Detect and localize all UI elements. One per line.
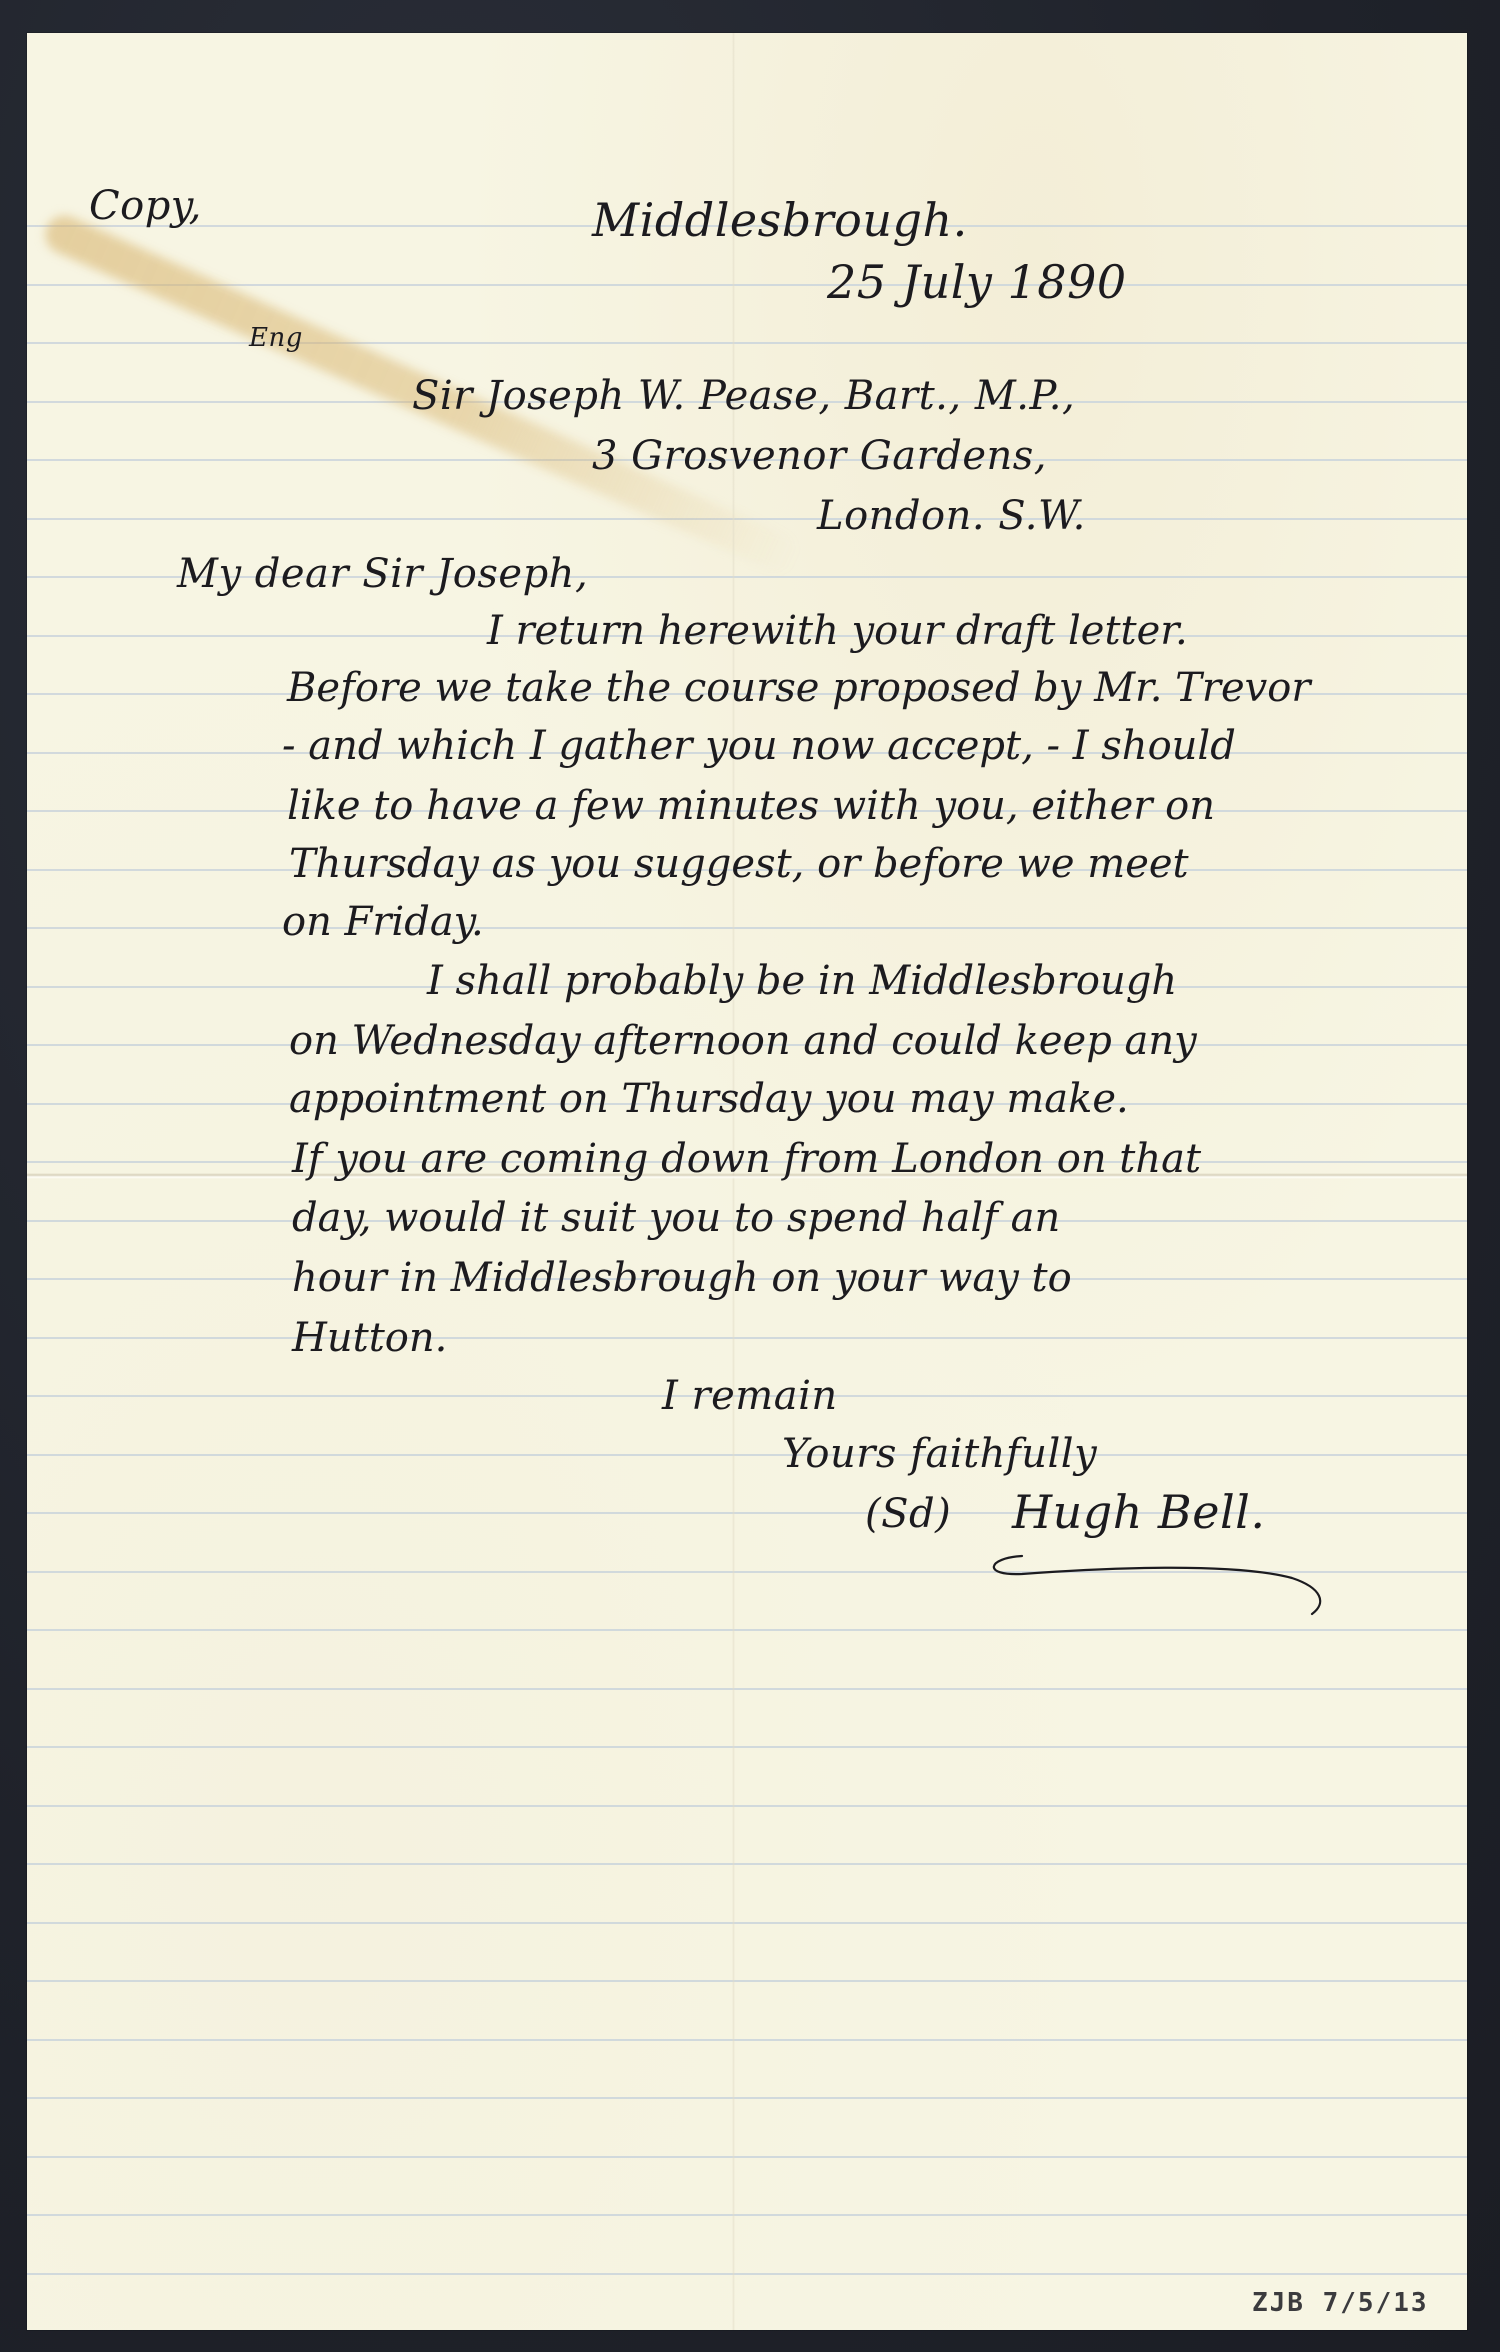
signature-prefix: (Sd) bbox=[865, 1491, 951, 1537]
body-text: like to have a few minutes with you, eit… bbox=[287, 783, 1215, 829]
body-text: I return herewith your draft letter. bbox=[487, 608, 1188, 654]
ruled-line bbox=[27, 2273, 1467, 2275]
copy-annotation: Copy, bbox=[89, 183, 202, 229]
ruled-line bbox=[27, 342, 1467, 344]
letter-page: Copy, Middlesbrough. 25 July 1890 Eng Si… bbox=[27, 33, 1467, 2330]
enclosure-annotation: Eng bbox=[249, 323, 303, 353]
ruled-line bbox=[27, 2214, 1467, 2216]
body-line: on Wednesday afternoon and could keep an… bbox=[289, 1018, 1449, 1064]
ruled-line bbox=[27, 1688, 1467, 1690]
ruled-line bbox=[27, 1980, 1467, 1982]
body-text: appointment on Thursday you may make. bbox=[289, 1076, 1129, 1122]
body-text: Thursday as you suggest, or before we me… bbox=[289, 841, 1189, 887]
recipient-name: Sir Joseph W. Pease, Bart., M.P., bbox=[412, 373, 1075, 419]
ruled-line bbox=[27, 1863, 1467, 1865]
letter-date: 25 July 1890 bbox=[827, 255, 1127, 309]
body-line: day, would it suit you to spend half an bbox=[292, 1195, 1462, 1241]
body-text: on Wednesday afternoon and could keep an… bbox=[289, 1018, 1197, 1064]
archive-reference: ZJB 7/5/13 bbox=[1252, 2288, 1429, 2318]
body-text: hour in Middlesbrough on your way to bbox=[292, 1255, 1072, 1301]
ruled-line bbox=[27, 284, 1467, 286]
ruled-line bbox=[27, 2156, 1467, 2158]
body-line: I shall probably be in Middlesbrough bbox=[427, 958, 1457, 1004]
valediction: Yours faithfully bbox=[782, 1431, 1097, 1477]
salutation: My dear Sir Joseph, bbox=[177, 551, 588, 597]
body-line: Thursday as you suggest, or before we me… bbox=[289, 841, 1449, 887]
body-line: appointment on Thursday you may make. bbox=[289, 1076, 1449, 1122]
ruled-line bbox=[27, 1922, 1467, 1924]
body-text: - and which I gather you now accept, - I… bbox=[282, 723, 1236, 769]
ruled-line bbox=[27, 2039, 1467, 2041]
body-line: - and which I gather you now accept, - I… bbox=[282, 723, 1457, 769]
ruled-line bbox=[27, 1805, 1467, 1807]
body-line: If you are coming down from London on th… bbox=[292, 1136, 1462, 1182]
ruled-line bbox=[27, 1746, 1467, 1748]
body-line: hour in Middlesbrough on your way to bbox=[292, 1255, 1432, 1301]
body-line: Before we take the course proposed by Mr… bbox=[287, 665, 1457, 711]
ruled-line bbox=[27, 1629, 1467, 1631]
body-text: day, would it suit you to spend half an bbox=[292, 1195, 1060, 1241]
signature: Hugh Bell. bbox=[1012, 1485, 1266, 1539]
recipient-address-1: 3 Grosvenor Gardens, bbox=[592, 433, 1047, 479]
body-text: Hutton. bbox=[292, 1315, 447, 1361]
recipient-address-2: London. S.W. bbox=[817, 493, 1086, 539]
closing: I remain bbox=[662, 1373, 838, 1419]
ruled-line bbox=[27, 1454, 1467, 1456]
body-line: Hutton. bbox=[292, 1315, 1442, 1361]
body-text: Before we take the course proposed by Mr… bbox=[287, 665, 1310, 711]
ruled-line bbox=[27, 2097, 1467, 2099]
body-text: I shall probably be in Middlesbrough bbox=[427, 958, 1177, 1004]
body-line: on Friday. bbox=[282, 899, 1432, 945]
place-heading: Middlesbrough. bbox=[592, 193, 968, 247]
body-text: on Friday. bbox=[282, 899, 484, 945]
body-text: If you are coming down from London on th… bbox=[292, 1136, 1201, 1182]
body-line: like to have a few minutes with you, eit… bbox=[287, 783, 1457, 829]
body-line: I return herewith your draft letter. bbox=[487, 608, 1467, 654]
signature-flourish bbox=[982, 1548, 1342, 1618]
